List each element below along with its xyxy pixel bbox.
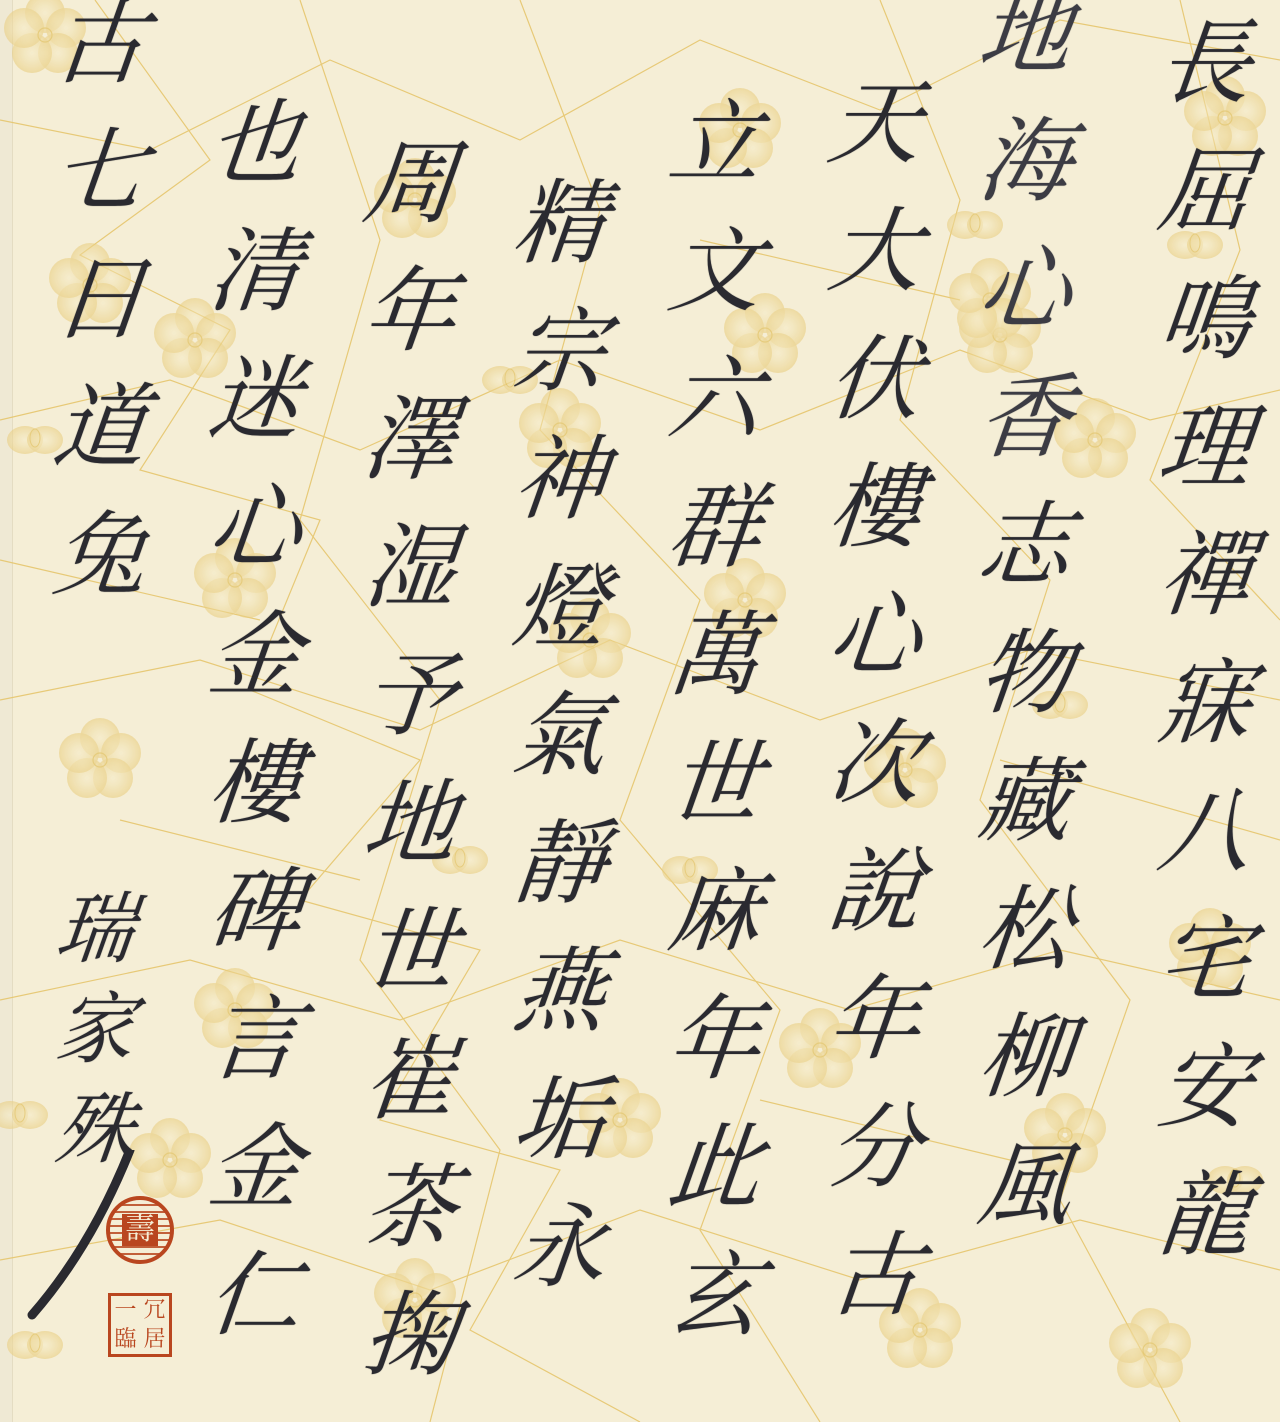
glyph: 清: [202, 208, 307, 336]
round-seal-text: 壽: [122, 1214, 158, 1246]
glyph: 茶: [357, 1144, 462, 1272]
square-seal: 一 冗 臨 居: [108, 1293, 172, 1357]
glyph: 次: [822, 700, 927, 828]
glyph: 周: [357, 120, 462, 248]
glyph: 金: [202, 1104, 307, 1232]
glyph: 分: [822, 1084, 927, 1212]
glyph: 靜: [507, 800, 612, 928]
glyph: 海: [972, 98, 1077, 226]
text-column-5: 精 宗 神 燈 氣 靜 燕 垢 永: [505, 160, 615, 1312]
glyph: 心: [972, 226, 1077, 354]
glyph: 精: [507, 160, 612, 288]
glyph: 垢: [507, 1056, 612, 1184]
glyph: 鳴: [1152, 256, 1257, 384]
text-column-3: 天 大 伏 樓 心 次 說 年 分 古: [820, 60, 930, 1340]
glyph: 宗: [507, 288, 612, 416]
text-column-8: 古 七 日 道 兔: [45, 0, 155, 620]
glyph: 神: [507, 416, 612, 544]
text-column-4: 立 文 六 群 萬 世 麻 年 此 玄: [660, 80, 770, 1360]
glyph: 安: [1152, 1024, 1257, 1152]
glyph: 樓: [202, 720, 307, 848]
glyph: 龍: [1152, 1152, 1257, 1280]
glyph: 道: [47, 364, 152, 492]
square-seal-char: 居: [143, 1327, 165, 1353]
glyph: 地: [972, 0, 1077, 98]
glyph: 言: [202, 976, 307, 1104]
glyph: 此: [662, 1104, 767, 1232]
round-seal: 壽: [106, 1196, 174, 1264]
glyph: 澤: [357, 376, 462, 504]
glyph: 也: [202, 80, 307, 208]
glyph: 燕: [507, 928, 612, 1056]
glyph: 仁: [202, 1232, 307, 1360]
glyph: 寐: [1152, 640, 1257, 768]
glyph: 永: [507, 1184, 612, 1312]
glyph: 長: [1152, 0, 1257, 128]
square-seal-char: 冗: [143, 1298, 165, 1324]
glyph: 立: [662, 80, 767, 208]
glyph: 物: [972, 610, 1077, 738]
text-column-6: 周 年 澤 湿 予 地 世 崔 茶 掬: [355, 120, 465, 1400]
glyph: 碑: [202, 848, 307, 976]
glyph: 藏: [972, 738, 1077, 866]
glyph: 湿: [357, 504, 462, 632]
glyph: 樓: [822, 444, 927, 572]
glyph: 屈: [1152, 128, 1257, 256]
text-column-1: 長 屈 鳴 理 禪 寐 八 宅 安 龍: [1150, 0, 1260, 1280]
glyph: 宅: [1152, 896, 1257, 1024]
glyph: 金: [202, 592, 307, 720]
glyph: 掬: [357, 1272, 462, 1400]
glyph: 古: [47, 0, 152, 108]
glyph: 天: [822, 60, 927, 188]
glyph: 崔: [357, 1016, 462, 1144]
glyph: 柳: [972, 994, 1077, 1122]
glyph: 八: [1152, 768, 1257, 896]
square-seal-char: 臨: [114, 1327, 136, 1353]
glyph: 大: [822, 188, 927, 316]
glyph: 萬: [662, 592, 767, 720]
text-column-2: 地 海 心 香 志 物 藏 松 柳 風: [970, 0, 1080, 1250]
calligraphy-text: 長 屈 鳴 理 禪 寐 八 宅 安 龍 地 海 心 香 志 物 藏 松 柳 風 …: [0, 0, 1280, 1422]
glyph: 予: [357, 632, 462, 760]
glyph: 氣: [507, 672, 612, 800]
signature: 瑞 家 殊: [40, 880, 150, 1180]
glyph: 年: [822, 956, 927, 1084]
glyph: 世: [662, 720, 767, 848]
text-column-7: 也 清 迷 心 金 樓 碑 言 金 仁: [200, 80, 310, 1360]
glyph: 燈: [507, 544, 612, 672]
glyph: 地: [357, 760, 462, 888]
signature-glyph: 家: [51, 980, 140, 1080]
glyph: 迷: [202, 336, 307, 464]
glyph: 日: [47, 236, 152, 364]
calligraphy-artwork: 長 屈 鳴 理 禪 寐 八 宅 安 龍 地 海 心 香 志 物 藏 松 柳 風 …: [0, 0, 1280, 1422]
glyph: 群: [662, 464, 767, 592]
glyph: 理: [1152, 384, 1257, 512]
square-seal-char: 一: [114, 1298, 136, 1324]
glyph: 香: [972, 354, 1077, 482]
glyph: 伏: [822, 316, 927, 444]
glyph: 說: [822, 828, 927, 956]
glyph: 禪: [1152, 512, 1257, 640]
glyph: 兔: [47, 492, 152, 620]
glyph: 志: [972, 482, 1077, 610]
glyph: 古: [822, 1212, 927, 1340]
glyph: 松: [972, 866, 1077, 994]
glyph: 七: [47, 108, 152, 236]
glyph: 玄: [662, 1232, 767, 1360]
signature-glyph: 瑞: [51, 880, 140, 980]
glyph: 年: [357, 248, 462, 376]
glyph: 年: [662, 976, 767, 1104]
glyph: 世: [357, 888, 462, 1016]
glyph: 心: [202, 464, 307, 592]
glyph: 心: [822, 572, 927, 700]
glyph: 六: [662, 336, 767, 464]
glyph: 麻: [662, 848, 767, 976]
glyph: 風: [972, 1122, 1077, 1250]
glyph: 文: [662, 208, 767, 336]
